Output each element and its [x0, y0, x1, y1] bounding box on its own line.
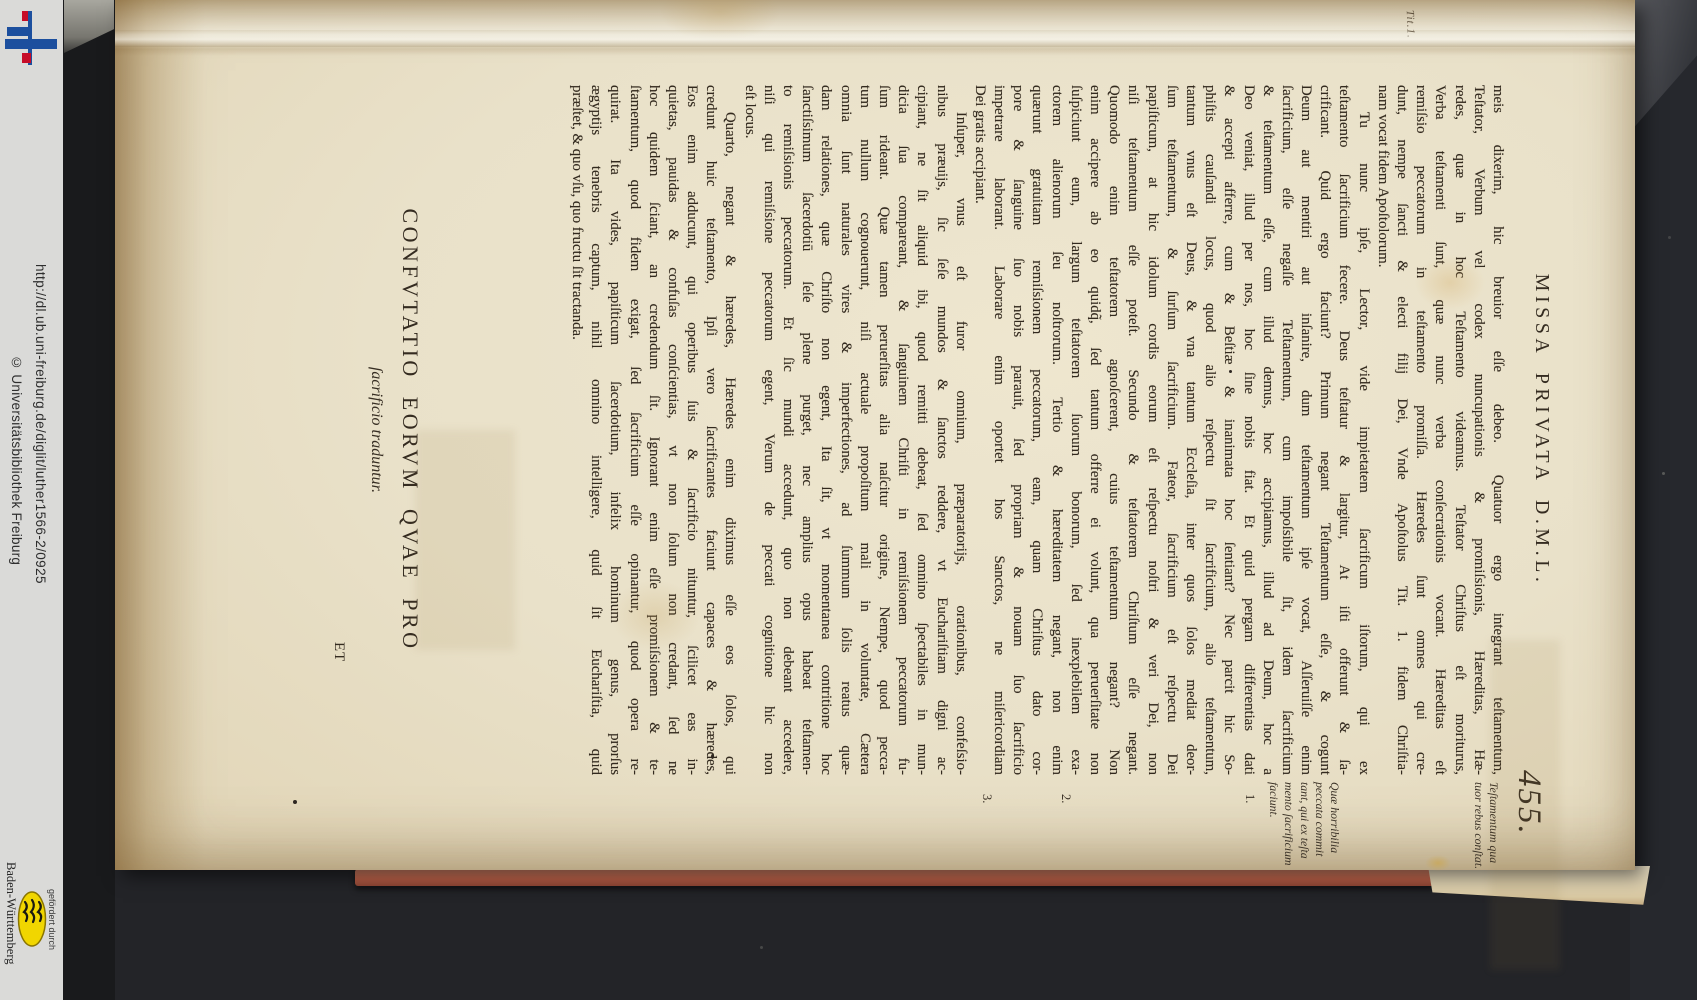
text-line: omnia ſunt naturales vires & imperfectio…: [835, 85, 854, 775]
text-line: Dei gratis accipiant.: [970, 85, 989, 775]
background-bottom: [115, 868, 1650, 1000]
text-line: quirat. Ita vides, papiſticum ſacerdotiu…: [605, 85, 624, 775]
text-line: ſanctiſsimum ſacerdotiū ſeſe plene purge…: [797, 85, 816, 775]
margin-number: 1.: [1242, 794, 1257, 803]
text-line: hoc quidem ſciant, an credendum ſit. Ign…: [644, 85, 663, 775]
margin-note-line: tant, qui ex teſta: [1296, 782, 1311, 872]
text-line: impetrare laborant. Laborare enim oporte…: [989, 85, 1008, 775]
library-scan-viewer: MISSA PRIVATA D.M.L. 455. Tit.1. meis di…: [0, 0, 1697, 1000]
parchment-stain: [1425, 855, 1451, 871]
logo-blue-bar: [7, 27, 30, 36]
text-line: niſi qui remiſsione peccatorum egent, Ve…: [759, 85, 778, 775]
text-line: præſtet, & quo vſu, quo fructu ſit tract…: [567, 85, 586, 775]
text-line: ſacrificium, eſſe negaſſe Teſtamentum, c…: [1277, 85, 1296, 775]
text-line: remiſsio peccatorum in teſtamento promiſ…: [1411, 85, 1430, 775]
text-line: niſi teſtamentum eſſe poteſt. Secundo & …: [1123, 85, 1142, 775]
text-line: papiſticum, at hic idolum cordis eorum e…: [1142, 85, 1161, 775]
text-line: Inſuper, vnus eſt furor omnium, præparat…: [951, 85, 970, 775]
text-line: tum nullum cognouerunt, niſi actuale pro…: [855, 85, 874, 775]
text-line: nam vocat fidem Apoſtolorum.: [1373, 85, 1392, 775]
text-line: eſt locus.: [740, 85, 759, 775]
text-line: ſum teſtamentum, & ſurſum ſacrificium. F…: [1162, 85, 1181, 775]
text-line: ctorem alienorum ſeu noſtrorum. Tertio &…: [1047, 85, 1066, 775]
text-line: dam relationes, quæ Chriſto non egent, I…: [816, 85, 835, 775]
text-line: ſuſpiciunt eum, largum teſtatorem ſuorum…: [1066, 85, 1085, 775]
text-line: Tu nunc ipſe, Lector, vide impietatem ſa…: [1354, 85, 1373, 775]
page-content-rotated: MISSA PRIVATA D.M.L. 455. Tit.1. meis di…: [115, 0, 1635, 870]
text-line: ſtamentum, quod fidem exigat, ſed ſacrif…: [624, 85, 643, 775]
text-line: cipiant, ne ſit aliquid ibi, quod remitt…: [912, 85, 931, 775]
funded-by-label: gefördert durch: [47, 889, 57, 950]
dust-speck: [760, 946, 763, 949]
text-line: crificant. Quid ergo faciunt? Primum neg…: [1315, 85, 1334, 775]
catchword: ET: [330, 642, 347, 662]
logo-red-square: [22, 53, 31, 63]
bw-coat-of-arms-icon: [17, 890, 47, 948]
bottom-edge-soiling: [115, 0, 205, 870]
text-line: Eos enim adducunt, qui operibus ſuis & ſ…: [682, 85, 701, 775]
background-right: [1630, 0, 1697, 1000]
text-line: & teſtamentum eſſe, cum illud demus, hoc…: [1258, 85, 1277, 775]
text-line: quærunt gratuitam remiſsionem peccatorum…: [1027, 85, 1046, 775]
dust-speck: [1662, 472, 1665, 475]
text-line: dunt, nempe ſancti & electi filij Dei, V…: [1392, 85, 1411, 775]
scan-url-label: http://dl.ub.uni-freiburg.de/diglit/luth…: [33, 264, 48, 584]
text-line: Deum aut mentiri aut inſanire, dum teſta…: [1296, 85, 1315, 775]
parchment-stain: [1415, 255, 1485, 310]
text-line: Quomodo enim teſtatorem agnoſcerent, cui…: [1104, 85, 1123, 775]
margin-note-line: mento ſacrificium: [1281, 782, 1296, 872]
text-line: quietas, pauidas & confuſas conſcientias…: [663, 85, 682, 775]
region-label: Baden-Württemberg: [3, 862, 18, 965]
text-line: Quarto, negant & hæredes, Hæredes enim d…: [720, 85, 739, 775]
show-through-ghost: [415, 430, 515, 650]
text-line: tantum vnus eſt Deus, & vna tantum Eccle…: [1181, 85, 1200, 775]
copyright-label: © Universitätsbibliothek Freiburg: [9, 355, 24, 565]
text-line: credunt huic teſtamento, Ipſi vero ſacri…: [701, 85, 720, 775]
text-line: teſtamento ſacrificium fecere. Deus teſt…: [1334, 85, 1353, 775]
text-line: to remiſsionis peccatorum. Et ſic mundi …: [778, 85, 797, 775]
parchment-stain: [610, 580, 700, 650]
dust-speck: [1668, 236, 1671, 239]
ink-fleck: [711, 754, 714, 759]
text-line: pore & ſanguine ſuo nobis parauit, ſed p…: [1008, 85, 1027, 775]
text-line: ægyptijs tenebris captum, nihil omnino i…: [586, 85, 605, 775]
margin-number: 3.: [979, 794, 994, 803]
text-line: Verba teſtamenti ſunt, quæ nunc verba co…: [1430, 85, 1449, 775]
text-line: & accepti afferre, cum & Beſtiæ & inanim…: [1219, 85, 1238, 775]
margin-note-line: tuor rebus conſtat.: [1471, 782, 1486, 872]
text-line: enim accipere ab eo quidq̃, ſed tantum o…: [1085, 85, 1104, 775]
show-through-ghost: [1490, 640, 1560, 970]
page-gutter-crease: [115, 30, 1635, 47]
margin-note-line: faciunt.: [1266, 782, 1281, 872]
text-line: Teſtator, Verbum vel codex nuncupationis…: [1469, 85, 1488, 775]
ub-freiburg-logo-icon: [0, 8, 63, 68]
text-line: redes, quæ in hoc Teſtamento videamus. T…: [1449, 85, 1468, 775]
ink-fleck: [293, 800, 297, 804]
margin-note-line: Quæ horribilia: [1327, 782, 1342, 872]
margin-number: 2.: [1058, 794, 1073, 803]
margin-note: Quæ horribiliapeccata committant, qui ex…: [1266, 782, 1342, 872]
margin-note-line: peccata commit: [1312, 782, 1327, 872]
section-subheading: ſacrificio traduntur.: [367, 85, 385, 775]
text-line: Deo veniat, illud per nos, hoc ſine nobi…: [1238, 85, 1257, 775]
text-line: dicia ſua compareant, & ſanguinem Chriſt…: [893, 85, 912, 775]
body-text: meis dixerim, hic breuior eſſe debeo. Qu…: [567, 85, 1507, 775]
ink-fleck: [1229, 370, 1232, 373]
text-line: nibus præuijs, ſic ſeſe mundos & ſanctos…: [931, 85, 950, 775]
text-line: ſum rideant. Quæ tamen peruerſitas alia …: [874, 85, 893, 775]
text-line: phiſtis cauſandi locus, quod alio reſpec…: [1200, 85, 1219, 775]
scanned-page: MISSA PRIVATA D.M.L. 455. Tit.1. meis di…: [115, 0, 1635, 870]
logo-blue-bar: [5, 39, 57, 49]
book-gap-shadow: [63, 0, 115, 1000]
library-sidebar: http://dl.ub.uni-freiburg.de/diglit/luth…: [0, 0, 63, 1000]
